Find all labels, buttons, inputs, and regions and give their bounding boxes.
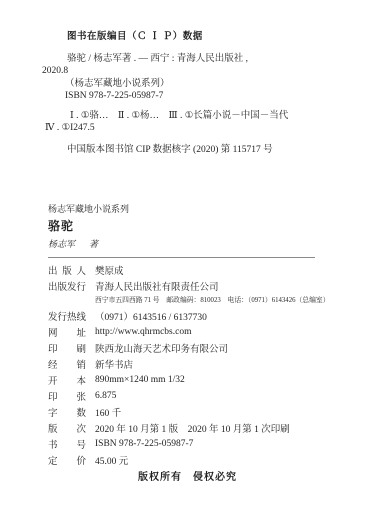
cip-classification: Ⅰ . ①骆… Ⅱ . ①杨… Ⅲ . ①长篇小说－中国－当代 Ⅳ . ①I24… — [42, 110, 355, 135]
pub-row-value: （0971）6143516 / 6137730 — [95, 309, 207, 323]
divider-rule — [48, 257, 315, 258]
cip-registry-number: 中国版本图书馆 CIP 数据核字 (2020) 第 115717 号 — [67, 144, 355, 156]
pub-row-value: 890mm×1240 mm 1/32 — [95, 375, 185, 385]
pub-row-value: 45.00 元 — [95, 453, 128, 467]
pub-row-format: 开本 890mm×1240 mm 1/32 — [48, 372, 375, 388]
book-title-block: 杨志军藏地小说系列 骆驼 杨志军著 — [0, 203, 375, 250]
pub-row-label: 出版人 — [48, 263, 86, 277]
pub-row-value: http://www.qhrmcbs.com — [95, 327, 191, 337]
pub-row-website: 网址 http://www.qhrmcbs.com — [48, 324, 375, 340]
pub-row-label: 版次 — [48, 421, 86, 435]
pub-row-edition: 版次 2020 年 10 月第 1 版 2020 年 10 月第 1 次印刷 — [48, 420, 375, 436]
pub-row-label: 字数 — [48, 405, 86, 419]
series-name: 杨志军藏地小说系列 — [48, 203, 375, 216]
cip-class-line2: Ⅳ . ①I247.5 — [45, 122, 355, 134]
pub-row-value: 樊原成 — [95, 263, 124, 277]
pub-row-isbn: 书号 ISBN 978-7-225-05987-7 — [48, 436, 375, 452]
pub-row-hotline: 发行热线 （0971）6143516 / 6137730 — [48, 308, 375, 324]
pub-row-sheets: 印张 6.875 — [48, 388, 375, 404]
copyright-page: 图书在版编目（Ｃ Ｉ Ｐ）数据 骆驼 / 杨志军著 . — 西宁 : 青海人民出… — [0, 0, 375, 526]
pub-row-label: 出版发行 — [48, 279, 86, 293]
cip-isbn-line: ISBN 978-7-225-05987-7 — [65, 90, 355, 102]
cip-header: 图书在版编目（Ｃ Ｉ Ｐ）数据 — [67, 31, 355, 43]
cip-block: 图书在版编目（Ｃ Ｉ Ｐ）数据 骆驼 / 杨志军著 . — 西宁 : 青海人民出… — [0, 0, 375, 156]
pub-row-printer: 印刷 陕西龙山海天艺术印务有限公司 — [48, 340, 375, 356]
cip-entry-line2: 2020.8 — [42, 65, 355, 77]
pub-row-value: 新华书店 — [95, 357, 133, 371]
cip-series-line: （杨志军藏地小说系列） — [65, 78, 355, 90]
pub-row-value: 2020 年 10 月第 1 版 2020 年 10 月第 1 次印刷 — [95, 421, 290, 435]
pub-row-label: 印张 — [48, 389, 86, 403]
cip-entry-line1: 骆驼 / 杨志军著 . — 西宁 : 青海人民出版社 , — [67, 53, 355, 65]
author-suffix: 著 — [89, 239, 98, 249]
pub-row-label: 网址 — [48, 325, 86, 339]
pub-row-label: 书号 — [48, 437, 86, 451]
pub-row-value: 6.875 — [95, 391, 116, 401]
pub-row-price: 定价 45.00 元 — [48, 452, 375, 468]
cip-entry: 骆驼 / 杨志军著 . — 西宁 : 青海人民出版社 , 2020.8 （杨志军… — [42, 53, 355, 102]
pub-row-wordcount: 字数 160 千 — [48, 404, 375, 420]
publisher-address-note: 西宁市五四西路 71 号 邮政编码：810023 电话：（0971）614342… — [95, 296, 375, 306]
pub-row-publisher: 出版人 樊原成 — [48, 262, 375, 278]
copyright-notice: 版权所有 侵权必究 — [0, 471, 375, 485]
publication-info: 出版人 樊原成 出版发行 青海人民出版社有限责任公司 西宁市五四西路 71 号 … — [0, 262, 375, 468]
author-name: 杨志军 — [48, 239, 75, 249]
pub-row-value: 青海人民出版社有限责任公司 — [95, 279, 219, 293]
pub-row-label: 开本 — [48, 373, 86, 387]
pub-row-label: 定价 — [48, 453, 86, 467]
pub-row-label: 发行热线 — [48, 309, 86, 323]
cip-class-line1: Ⅰ . ①骆… Ⅱ . ①杨… Ⅲ . ①长篇小说－中国－当代 — [70, 110, 355, 122]
pub-row-label: 经销 — [48, 357, 86, 371]
book-title: 骆驼 — [48, 219, 375, 234]
author-line: 杨志军著 — [48, 238, 375, 250]
pub-row-value: ISBN 978-7-225-05987-7 — [95, 439, 193, 449]
pub-row-value: 陕西龙山海天艺术印务有限公司 — [95, 341, 228, 355]
pub-row-publishing-house: 出版发行 青海人民出版社有限责任公司 — [48, 278, 375, 294]
pub-row-distributor: 经销 新华书店 — [48, 356, 375, 372]
pub-row-value: 160 千 — [95, 405, 121, 419]
pub-row-label: 印刷 — [48, 341, 86, 355]
